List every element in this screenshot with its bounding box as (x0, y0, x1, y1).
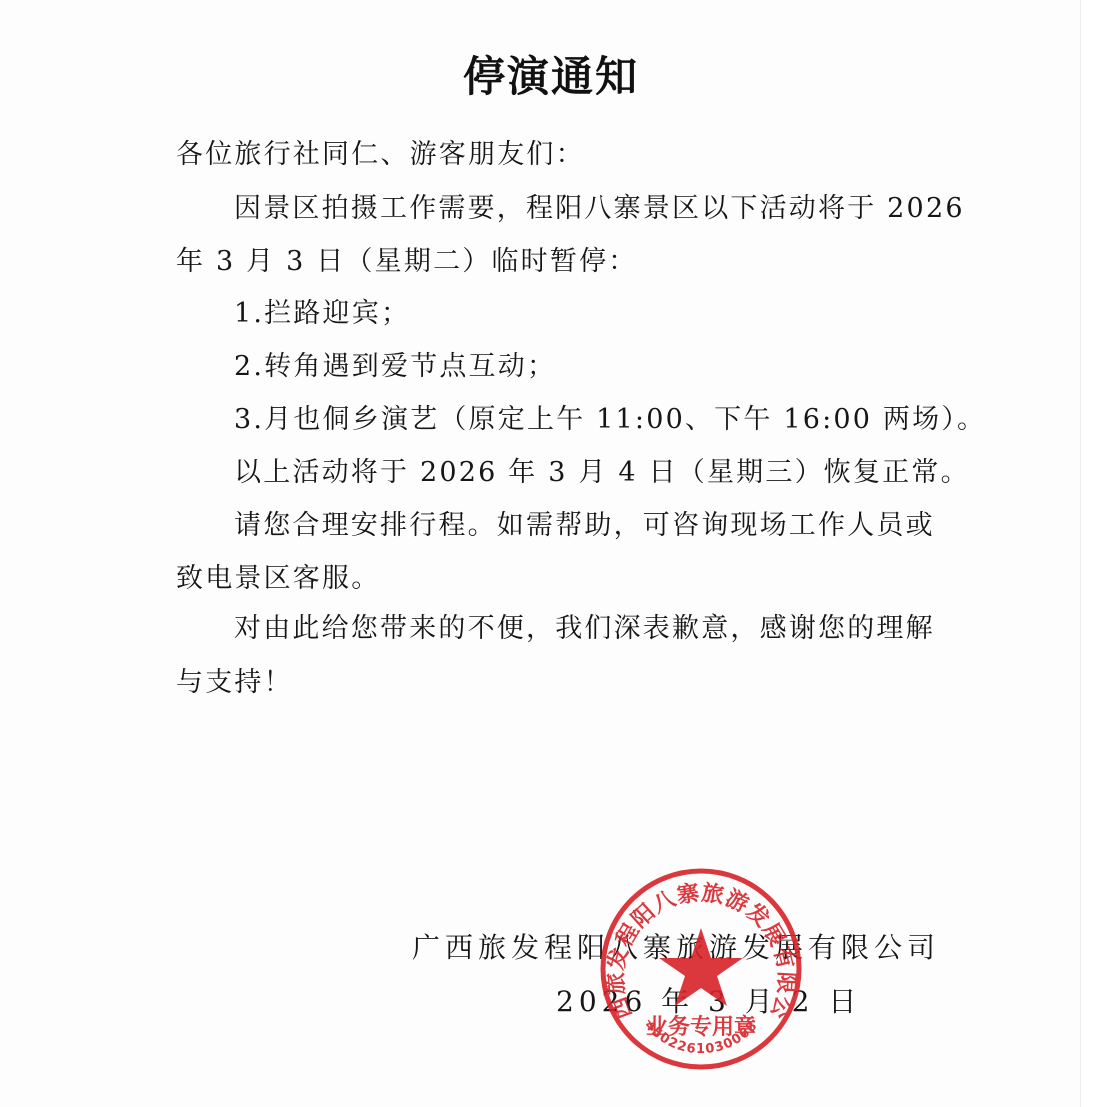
paragraph-3-line-1: 对由此给您带来的不便，我们深表歉意，感谢您的理解 (234, 612, 935, 646)
list-item: 2.转角遇到爱节点互动； (234, 350, 556, 384)
paragraph-2-line-2: 致电景区客服。 (176, 562, 380, 596)
list-item: 3.月也侗乡演艺（原定上午 11:00、下午 16:00 两场）。 (234, 403, 986, 437)
paragraph-3-line-2: 与支持！ (176, 666, 293, 700)
notice-title: 停演通知 (0, 44, 1102, 104)
list-item: 1.拦路迎宾； (234, 297, 410, 331)
paragraph-2-line-1: 请您合理安排行程。如需帮助，可咨询现场工作人员或 (234, 509, 935, 543)
paragraph-1-line-2: 年 3 月 3 日（星期二）临时暂停： (176, 245, 638, 279)
signature-date: 2026 年 3 月 2 日 (556, 980, 861, 1020)
resume-line: 以上活动将于 2026 年 3 月 4 日（星期三）恢复正常。 (234, 456, 970, 490)
signature-organization: 广西旅发程阳八寨旅游发展有限公司 (412, 926, 940, 966)
salutation: 各位旅行社同仁、游客朋友们： (176, 138, 585, 172)
paragraph-1-line-1: 因景区拍摄工作需要，程阳八寨景区以下活动将于 2026 (234, 192, 965, 226)
